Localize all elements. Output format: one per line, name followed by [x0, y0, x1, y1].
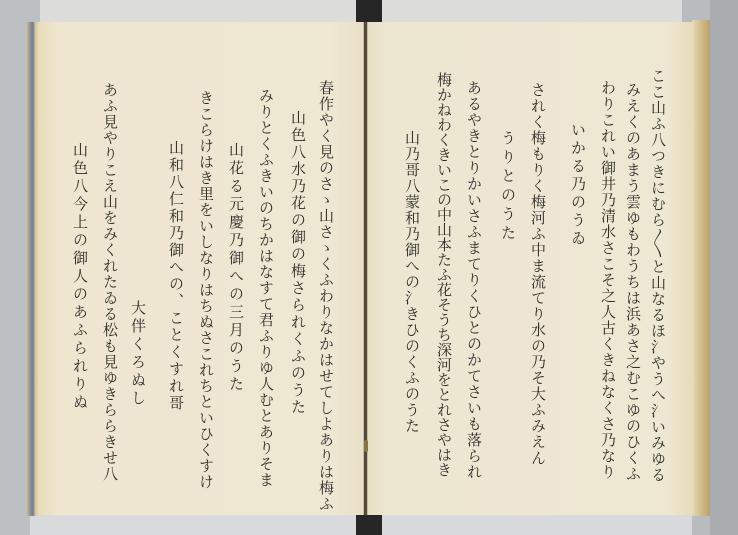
right-page-column-5: されく梅もりく梅河ふ中ま流てり水の乃そ大ふみえん: [530, 82, 545, 466]
spine-stand-top: [356, 0, 382, 22]
left-page-column-7-author: 大伴くろぬし: [130, 300, 145, 408]
background-right: [710, 0, 738, 535]
right-page-column-2: みえくのあまう雲ゆもわうちは浜あさ之むこゆのひくふ: [625, 82, 640, 482]
page-edges-right: [692, 20, 710, 516]
left-page-column-1: 春作やく見のさゝ山さゝくふわりなかはせてしよありは梅ふ: [318, 80, 333, 512]
right-page-column-1: ここ山ふ八つきにむら〳〵と山なるほ氵やうへ氵いみゆる: [650, 68, 665, 483]
left-page-column-5: きこらけはき里をいしなりはちぬさこれちといひくすけ: [198, 90, 213, 490]
left-page-column-3: みりとくふきいのちかはなすて君ふりゆ人むとありそま: [258, 88, 273, 488]
right-page-column-9: 山乃哥八蒙和乃御への氵きひのくふのうた: [404, 130, 419, 434]
right-page-column-7: あるやきとりかいさふまてりくひとのかてさいも落られ: [466, 80, 481, 480]
left-page-column-9: 山色八今上の御人のあふられりぬ: [72, 142, 87, 412]
right-page-column-3: わりこれい御井乃清水さこそ之人古くきねなくさ乃なり: [600, 80, 615, 480]
right-page-column-6: うりとのうた: [500, 130, 515, 244]
left-page-column-2: 山色八水乃花の御の梅さられくふのうた: [290, 110, 305, 416]
left-page-column-4: 山花る元慶乃御への三月のうた: [228, 142, 243, 394]
right-page-column-4: いかる乃のうゐ: [570, 122, 585, 248]
left-page-column-8: あふ見やりこえ山をみくれたゐる松も見ゆきららきせ八: [102, 82, 117, 482]
book-stand-top-left: [40, 0, 356, 22]
book-stand-bottom-right: [382, 515, 692, 535]
spine-stand-bottom: [356, 515, 382, 535]
right-page-column-8: 梅かねわくきいこの中山本たふ花そうち深河をとれさやはき: [436, 72, 451, 477]
book-stand-bottom-left: [30, 515, 356, 535]
left-page-column-6: 山和八仁和乃御への、ことくすれ哥: [168, 140, 183, 412]
binding-thread: [364, 440, 368, 452]
book-stand-top-right: [382, 0, 682, 22]
